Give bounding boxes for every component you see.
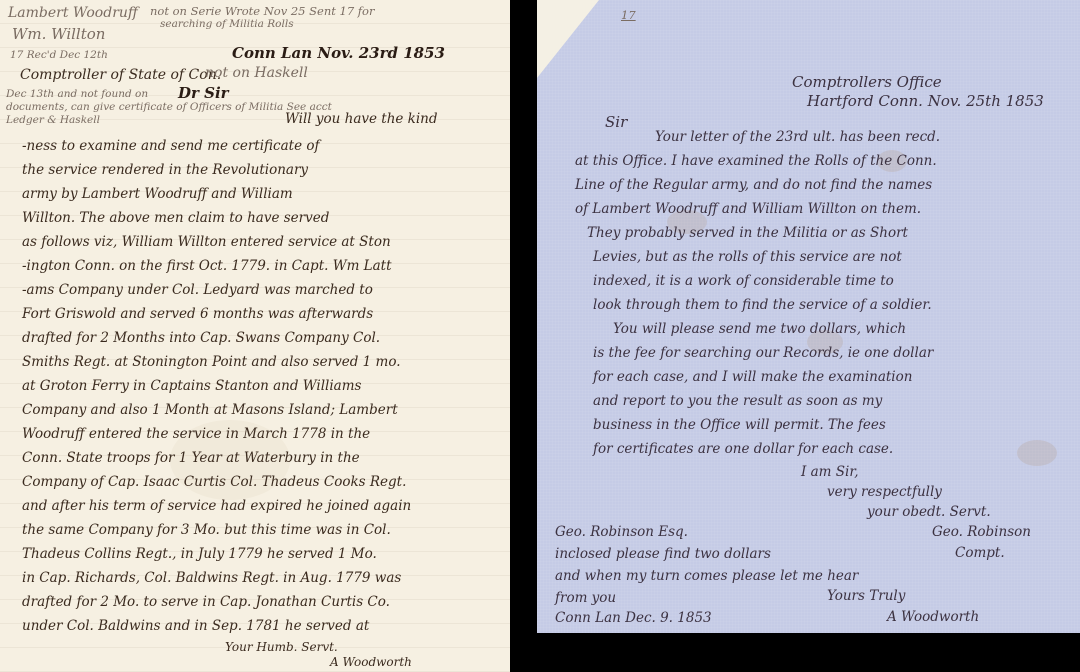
- body-line: Your letter of the 23rd ult. has been re…: [655, 131, 940, 145]
- date-line: Conn Lan Nov. 23rd 1853: [232, 46, 445, 61]
- body-line: for each case, and I will make the exami…: [593, 371, 912, 385]
- margin-note-dec13-1: Dec 13th and not found on: [6, 89, 148, 100]
- reply-signature: A Woodworth: [887, 611, 979, 625]
- signature: Geo. Robinson: [932, 526, 1031, 540]
- margin-note-received: 17 Rec'd Dec 12th: [10, 50, 108, 61]
- margin-note-dec13-3: Ledger & Haskell: [6, 115, 100, 126]
- body-line: the same Company for 3 Mo. but this time…: [22, 524, 391, 538]
- body-line: Company and also 1 Month at Masons Islan…: [22, 404, 398, 418]
- body-line: Smiths Regt. at Stonington Point and als…: [22, 356, 401, 370]
- body-line: drafted for 2 Mo. to serve in Cap. Jonat…: [22, 596, 390, 610]
- body-line: Line of the Regular army, and do not fin…: [575, 179, 932, 193]
- body-line: -ams Company under Col. Ledyard was marc…: [22, 284, 373, 298]
- body-line: business in the Office will permit. The …: [593, 419, 886, 433]
- signature-title: Compt.: [955, 547, 1005, 561]
- date-header: Hartford Conn. Nov. 25th 1853: [807, 94, 1044, 109]
- body-line: indexed, it is a work of considerable ti…: [593, 275, 894, 289]
- body-line: the service rendered in the Revolutionar…: [22, 164, 308, 178]
- file-number: 17: [621, 10, 636, 22]
- body-line: drafted for 2 Months into Cap. Swans Com…: [22, 332, 380, 346]
- reply-line: and when my turn comes please let me hea…: [555, 570, 858, 584]
- body-line: under Col. Baldwins and in Sep. 1781 he …: [22, 620, 369, 634]
- body-line: and report to you the result as soon as …: [593, 395, 882, 409]
- body-line: Willton. The above men claim to have ser…: [22, 212, 329, 226]
- margin-note-names-2: Wm. Willton: [12, 27, 105, 42]
- body-line: Thadeus Collins Regt., in July 1779 he s…: [22, 548, 377, 562]
- paper-stain: [1017, 440, 1057, 466]
- margin-note-dec13-2: documents, can give certificate of Offic…: [6, 102, 332, 113]
- body-line: Levies, but as the rolls of this service…: [593, 251, 902, 265]
- salutation: Sir: [605, 115, 627, 130]
- closing: Your Humb. Servt.: [225, 641, 338, 653]
- closing-line: I am Sir,: [801, 466, 859, 480]
- body-line: army by Lambert Woodruff and William: [22, 188, 293, 202]
- body-line: Fort Griswold and served 6 months was af…: [22, 308, 373, 322]
- margin-note-names-1: Lambert Woodruff: [8, 6, 138, 20]
- reply-line: from you: [555, 592, 616, 606]
- body-line: look through them to find the service of…: [593, 299, 932, 313]
- body-line: They probably served in the Militia or a…: [587, 227, 908, 241]
- margin-note-2: searching of Militia Rolls: [160, 19, 294, 30]
- body-line: Conn. State troops for 1 Year at Waterbu…: [22, 452, 360, 466]
- body-line: as follows viz, William Willton entered …: [22, 236, 391, 250]
- body-line: and after his term of service had expire…: [22, 500, 411, 514]
- body-line: at Groton Ferry in Captains Stanton and …: [22, 380, 361, 394]
- body-line: You will please send me two dollars, whi…: [613, 323, 906, 337]
- body-line: Will you have the kind: [285, 113, 438, 127]
- signature: A Woodworth: [330, 656, 412, 668]
- right-letter-page: 17 Comptrollers Office Hartford Conn. No…: [537, 0, 1080, 633]
- reply-closing: Yours Truly: [827, 590, 905, 604]
- reply-addressee: Geo. Robinson Esq.: [555, 526, 688, 540]
- office-header: Comptrollers Office: [792, 75, 942, 90]
- margin-note-not-on-haskell: not on Haskell: [205, 66, 308, 80]
- salutation: Dr Sir: [178, 86, 229, 101]
- body-line: is the fee for searching our Records, ie…: [593, 347, 933, 361]
- body-line: Company of Cap. Isaac Curtis Col. Thadeu…: [22, 476, 406, 490]
- body-line: -ness to examine and send me certificate…: [22, 140, 319, 154]
- folded-corner: [537, 0, 599, 78]
- body-line: at this Office. I have examined the Roll…: [575, 155, 937, 169]
- left-letter-page: Lambert Woodruff not on Serie Wrote Nov …: [0, 0, 510, 672]
- margin-note-1: not on Serie Wrote Nov 25 Sent 17 for: [150, 6, 374, 18]
- reply-date: Conn Lan Dec. 9. 1853: [555, 612, 712, 626]
- body-line: -ington Conn. on the first Oct. 1779. in…: [22, 260, 392, 274]
- body-line: Woodruff entered the service in March 17…: [22, 428, 370, 442]
- addressee: Comptroller of State of Con.: [20, 68, 221, 82]
- reply-line: inclosed please find two dollars: [555, 548, 771, 562]
- closing-line: your obedt. Servt.: [867, 506, 991, 520]
- body-line: for certificates are one dollar for each…: [593, 443, 893, 457]
- body-line: of Lambert Woodruff and William Willton …: [575, 203, 921, 217]
- closing-line: very respectfully: [827, 486, 942, 500]
- body-line: in Cap. Richards, Col. Baldwins Regt. in…: [22, 572, 401, 586]
